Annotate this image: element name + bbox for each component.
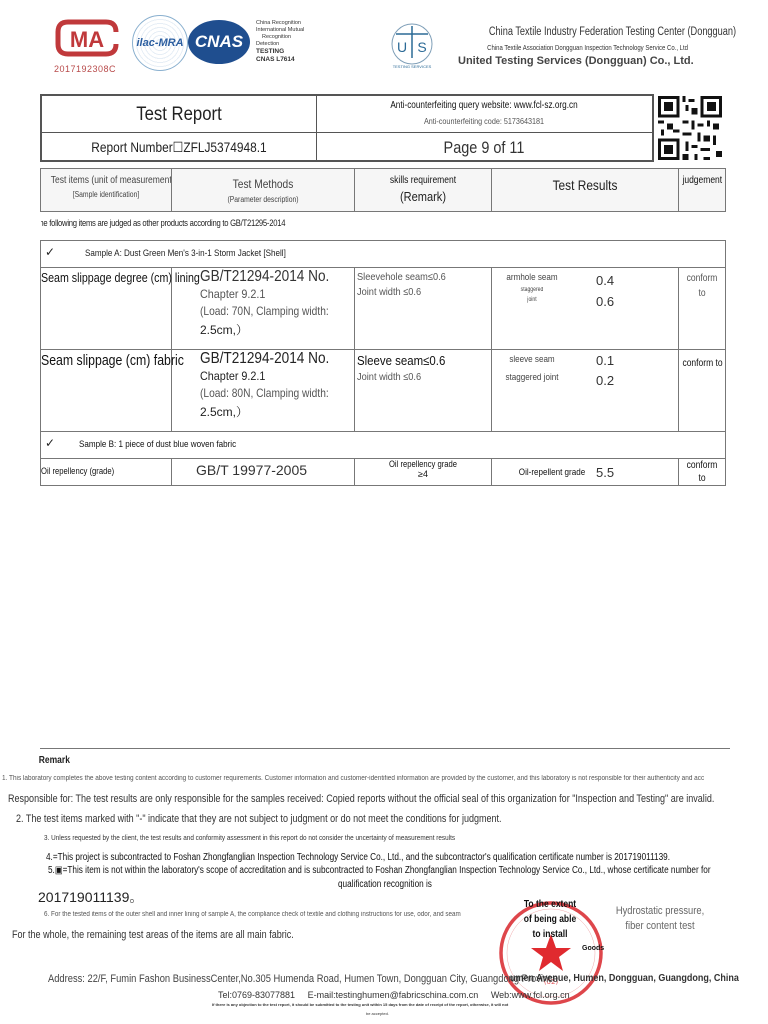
- remark-4: 4.=This project is subcontracted to Fosh…: [46, 852, 670, 863]
- remark-title: Remark: [39, 755, 70, 766]
- requirement: Sleevehole seam≤0.6: [357, 271, 475, 283]
- anti-counterfeit-code: Anti-counterfeiting code: 5173643181: [341, 116, 627, 126]
- footer-address-en: umen Avenue, Humen, Dongguan, Guangdong,…: [510, 973, 739, 984]
- qr-code-icon: [658, 96, 722, 160]
- svg-text:U: U: [397, 39, 407, 55]
- org-name-line2: China Textile Association Dongguan Inspe…: [487, 43, 688, 52]
- col-test-items: Test items (unit of measurement)[Sample …: [41, 169, 172, 212]
- method-params: (Load: 80N, Clamping width:: [200, 386, 331, 400]
- org-name-line1: China Textile Industry Federation Testin…: [489, 26, 736, 38]
- report-info-box: Test Report Report Number☐ZFLJ5374948.1 …: [40, 94, 654, 162]
- requirement: Joint width ≤0.6: [357, 286, 475, 298]
- footer-fine-print: If there is any objection to the test re…: [212, 1002, 508, 1007]
- col-test-results: Test Results: [492, 169, 679, 212]
- col-test-methods: Test Methods(Parameter description): [172, 169, 355, 212]
- result-value: 0.4: [596, 273, 614, 288]
- sample-a-label: Sample A: Dust Green Men's 3-in-1 Storm …: [85, 248, 286, 259]
- org-name-line3: United Testing Services (Dongguan) Co., …: [458, 55, 694, 67]
- cma-number: 2017192308C: [54, 64, 116, 74]
- uts-logo: U S TESTING SERVICES: [390, 22, 434, 70]
- method-params-2: 2.5cm,）: [200, 321, 354, 338]
- anti-counterfeit-website: Anti-counterfeiting query website: www.f…: [346, 100, 622, 111]
- footer-tel: Tel:0769-83077881: [218, 990, 295, 1000]
- remark-3: 3. Unless requested by the client, the t…: [44, 833, 455, 842]
- table-row: Seam slippage degree (cm) lining GB/T212…: [41, 268, 726, 350]
- footer-email[interactable]: E-mail:testinghumen@fabricschina.com.cn: [308, 990, 479, 1000]
- method-chapter: Chapter 9.2.1: [200, 287, 339, 301]
- ilac-mra-logo: ilac-MRA: [132, 15, 188, 71]
- report-number: Report Number☐ZFLJ5374948.1: [63, 139, 296, 156]
- judgement-note: The following items are judged as other …: [41, 218, 285, 228]
- test-method: GB/T21294-2014 No.: [200, 350, 331, 368]
- method-chapter: Chapter 9.2.1: [200, 369, 339, 383]
- result-label: sleeve seam: [498, 354, 566, 365]
- cma-logo: MA: [54, 18, 120, 58]
- sample-b-label: Sample B: 1 piece of dust blue woven fab…: [79, 439, 236, 450]
- test-item: Seam slippage (cm) fabric: [41, 352, 148, 369]
- remark-divider: [40, 748, 730, 749]
- table-note-row: The following items are judged as other …: [41, 212, 726, 241]
- col-judgement: judgement: [679, 169, 726, 212]
- cnas-caption: China Recognition International Mutual R…: [256, 20, 304, 64]
- sample-b-row: ✓Sample B: 1 piece of dust blue woven fa…: [41, 432, 726, 459]
- method-params: (Load: 70N, Clamping width:: [200, 304, 331, 318]
- col-requirement: skills requirement(Remark): [355, 169, 492, 212]
- remark-6b: For the whole, the remaining test areas …: [12, 929, 294, 941]
- svg-text:S: S: [417, 39, 426, 55]
- sample-a-row: ✓Sample A: Dust Green Men's 3-in-1 Storm…: [41, 241, 726, 268]
- test-item: Oil repellency (grade): [41, 466, 114, 476]
- judgement-value: conform to: [682, 356, 721, 371]
- result-value: 0.1: [596, 353, 614, 368]
- requirement: ≥4: [355, 469, 491, 479]
- table-header-row: Test items (unit of measurement)[Sample …: [41, 169, 726, 212]
- judgement-value: conform to: [682, 459, 721, 485]
- hydrostatic-note: Hydrostatic pressure, fiber content test: [606, 904, 715, 934]
- remark-6: 6. For the tested items of the outer she…: [44, 911, 461, 918]
- test-method: GB/T 19977-2005: [196, 462, 307, 478]
- remark-5: 5.▣=This item is not within the laborato…: [48, 865, 711, 876]
- requirement: Oil repellency grade: [365, 459, 481, 469]
- cnas-logo: CNAS: [188, 20, 250, 64]
- judgement-value: conform to: [682, 271, 721, 301]
- result-label: staggered joint: [498, 372, 566, 383]
- remark-5c: 201719011139。: [38, 887, 143, 907]
- install-extent-note: To the extent of being able to install: [521, 897, 579, 942]
- svg-text:TESTING SERVICES: TESTING SERVICES: [393, 64, 432, 69]
- checkmark-icon: ✓: [41, 245, 67, 259]
- footer-address: Address: 22/F, Fumin Fashon BusinessCent…: [48, 973, 558, 985]
- remark-5b: qualification recognition is: [338, 879, 432, 890]
- footer-contacts: Tel:0769-83077881 E-mail:testinghumen@fa…: [218, 990, 580, 1000]
- page-number: Page 9 of 11: [341, 138, 627, 158]
- test-item: Seam slippage degree (cm) lining: [41, 270, 148, 285]
- goods-label: Goods: [582, 945, 604, 952]
- method-params-2: 2.5cm,）: [200, 403, 354, 420]
- remark-1b: Responsible for: The test results are on…: [8, 793, 714, 805]
- test-results-table: Test items (unit of measurement)[Sample …: [40, 168, 726, 486]
- result-label: Oil-repellent grade: [501, 467, 603, 478]
- result-value: 0.2: [596, 373, 614, 388]
- requirement: Joint width ≤0.6: [357, 371, 475, 383]
- requirement: Sleeve seam≤0.6: [357, 353, 475, 368]
- footer-fine-print-2: be accepted.: [366, 1011, 389, 1016]
- report-title: Test Report: [58, 104, 299, 126]
- test-method: GB/T21294-2014 No.: [200, 268, 331, 286]
- table-row: Seam slippage (cm) fabric GB/T21294-2014…: [41, 350, 726, 432]
- result-label: staggered joint: [519, 285, 545, 305]
- svg-text:MA: MA: [70, 27, 104, 52]
- checkmark-icon: ✓: [41, 436, 67, 450]
- remark-2: 2. The test items marked with "-" indica…: [16, 813, 502, 825]
- table-row: Oil repellency (grade) GB/T 19977-2005 O…: [41, 459, 726, 486]
- result-value: 0.6: [596, 294, 614, 309]
- footer-web[interactable]: Web:www.fcl.org.cn: [491, 990, 570, 1000]
- remark-1: 1. This laboratory completes the above t…: [2, 775, 704, 782]
- result-label: armhole seam: [498, 272, 566, 283]
